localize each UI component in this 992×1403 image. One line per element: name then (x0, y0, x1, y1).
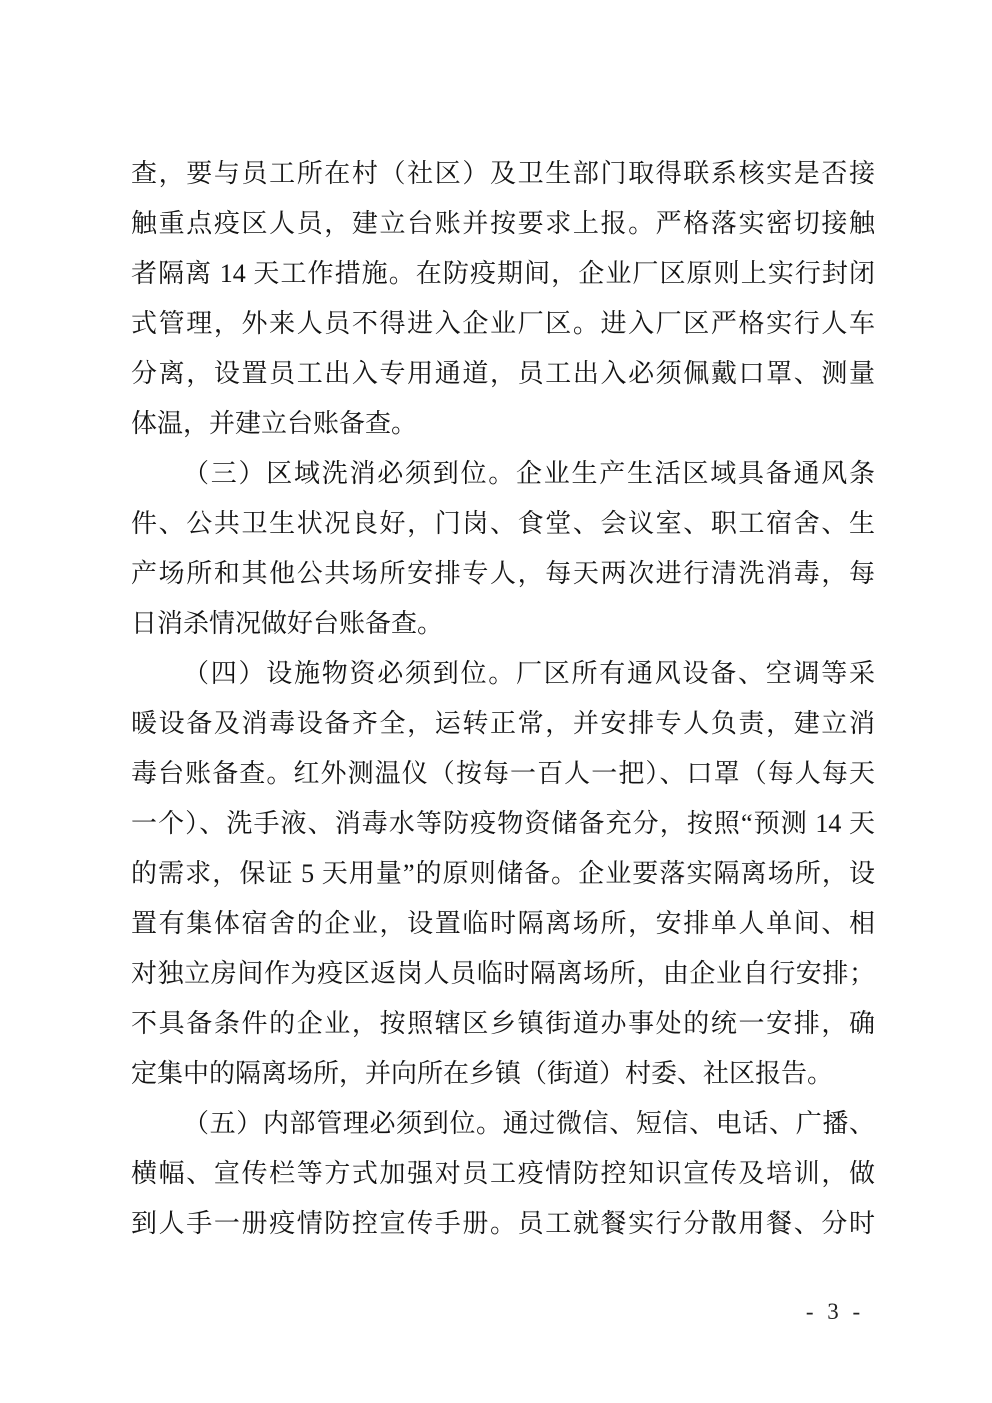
document-body: 查，要与员工所在村（社区）及卫生部门取得联系核实是否接触重点疫区人员，建立台账并… (131, 149, 875, 1249)
body-text: 体温，并建立台账备查。 (131, 409, 417, 438)
body-text: 横幅、宣传栏等方式加强对员工疫情防控知识宣传及培训，做 (131, 1159, 875, 1188)
body-text: 者隔离 14 天工作措施。在防疫期间，企业厂区原则上实行封闭 (131, 259, 875, 288)
section-heading: （四）设施物资必须到位。 (183, 659, 516, 688)
body-text: 毒台账备查。红外测温仪（按每一百人一把）、口罩（每人每天 (131, 759, 875, 788)
text-line: 暖设备及消毒设备齐全，运转正常，并安排专人负责，建立消 (131, 699, 875, 749)
body-text: 查，要与员工所在村（社区）及卫生部门取得联系核实是否接 (131, 159, 875, 188)
body-text: 置有集体宿舍的企业，设置临时隔离场所，安排单人单间、相 (131, 909, 875, 938)
text-line: 者隔离 14 天工作措施。在防疫期间，企业厂区原则上实行封闭 (131, 249, 875, 299)
text-line: 定集中的隔离场所，并向所在乡镇（街道）村委、社区报告。 (131, 1049, 875, 1099)
text-line: 分离，设置员工出入专用通道，员工出入必须佩戴口罩、测量 (131, 349, 875, 399)
body-text: 企业生产生活区域具备通风条 (516, 459, 875, 488)
body-text: 式管理，外来人员不得进入企业厂区。进入厂区严格实行人车 (131, 309, 875, 338)
body-text: 一个）、洗手液、消毒水等防疫物资储备充分，按照“预测 14 天 (131, 809, 875, 838)
page-number: - 3 - (790, 1298, 880, 1326)
section-heading: （三）区域洗消必须到位。 (183, 459, 516, 488)
text-line: 横幅、宣传栏等方式加强对员工疫情防控知识宣传及培训，做 (131, 1149, 875, 1199)
text-line: 不具备条件的企业，按照辖区乡镇街道办事处的统一安排，确 (131, 999, 875, 1049)
body-text: 分离，设置员工出入专用通道，员工出入必须佩戴口罩、测量 (131, 359, 875, 388)
body-text: 厂区所有通风设备、空调等采 (516, 659, 875, 688)
body-text: 产场所和其他公共场所安排专人，每天两次进行清洗消毒，每 (131, 559, 875, 588)
text-line: 体温，并建立台账备查。 (131, 399, 875, 449)
section-heading: （五）内部管理必须到位。 (183, 1109, 503, 1138)
body-text: 暖设备及消毒设备齐全，运转正常，并安排专人负责，建立消 (131, 709, 875, 738)
text-line: 式管理，外来人员不得进入企业厂区。进入厂区严格实行人车 (131, 299, 875, 349)
body-text: 件、公共卫生状况良好，门岗、食堂、会议室、职工宿舍、生 (131, 509, 875, 538)
text-line: 日消杀情况做好台账备查。 (131, 599, 875, 649)
text-line: （五）内部管理必须到位。通过微信、短信、电话、广播、 (131, 1099, 875, 1149)
text-line: （三）区域洗消必须到位。企业生产生活区域具备通风条 (131, 449, 875, 499)
text-line: 的需求，保证 5 天用量”的原则储备。企业要落实隔离场所，设 (131, 849, 875, 899)
body-text: 日消杀情况做好台账备查。 (131, 609, 443, 638)
body-text: 的需求，保证 5 天用量”的原则储备。企业要落实隔离场所，设 (131, 859, 875, 888)
body-text: 对独立房间作为疫区返岗人员临时隔离场所，由企业自行安排； (131, 959, 875, 988)
text-line: （四）设施物资必须到位。厂区所有通风设备、空调等采 (131, 649, 875, 699)
body-text: 触重点疫区人员，建立台账并按要求上报。严格落实密切接触 (131, 209, 875, 238)
text-line: 对独立房间作为疫区返岗人员临时隔离场所，由企业自行安排； (131, 949, 875, 999)
text-line: 到人手一册疫情防控宣传手册。员工就餐实行分散用餐、分时 (131, 1199, 875, 1249)
text-line: 毒台账备查。红外测温仪（按每一百人一把）、口罩（每人每天 (131, 749, 875, 799)
body-text: 不具备条件的企业，按照辖区乡镇街道办事处的统一安排，确 (131, 1009, 875, 1038)
text-line: 置有集体宿舍的企业，设置临时隔离场所，安排单人单间、相 (131, 899, 875, 949)
body-text: 通过微信、短信、电话、广播、 (503, 1109, 875, 1138)
text-line: 一个）、洗手液、消毒水等防疫物资储备充分，按照“预测 14 天 (131, 799, 875, 849)
text-line: 查，要与员工所在村（社区）及卫生部门取得联系核实是否接 (131, 149, 875, 199)
text-line: 产场所和其他公共场所安排专人，每天两次进行清洗消毒，每 (131, 549, 875, 599)
body-text: 定集中的隔离场所，并向所在乡镇（街道）村委、社区报告。 (131, 1059, 833, 1088)
document-page: 查，要与员工所在村（社区）及卫生部门取得联系核实是否接触重点疫区人员，建立台账并… (0, 0, 992, 1403)
body-text: 到人手一册疫情防控宣传手册。员工就餐实行分散用餐、分时 (131, 1209, 875, 1238)
text-line: 触重点疫区人员，建立台账并按要求上报。严格落实密切接触 (131, 199, 875, 249)
text-line: 件、公共卫生状况良好，门岗、食堂、会议室、职工宿舍、生 (131, 499, 875, 549)
